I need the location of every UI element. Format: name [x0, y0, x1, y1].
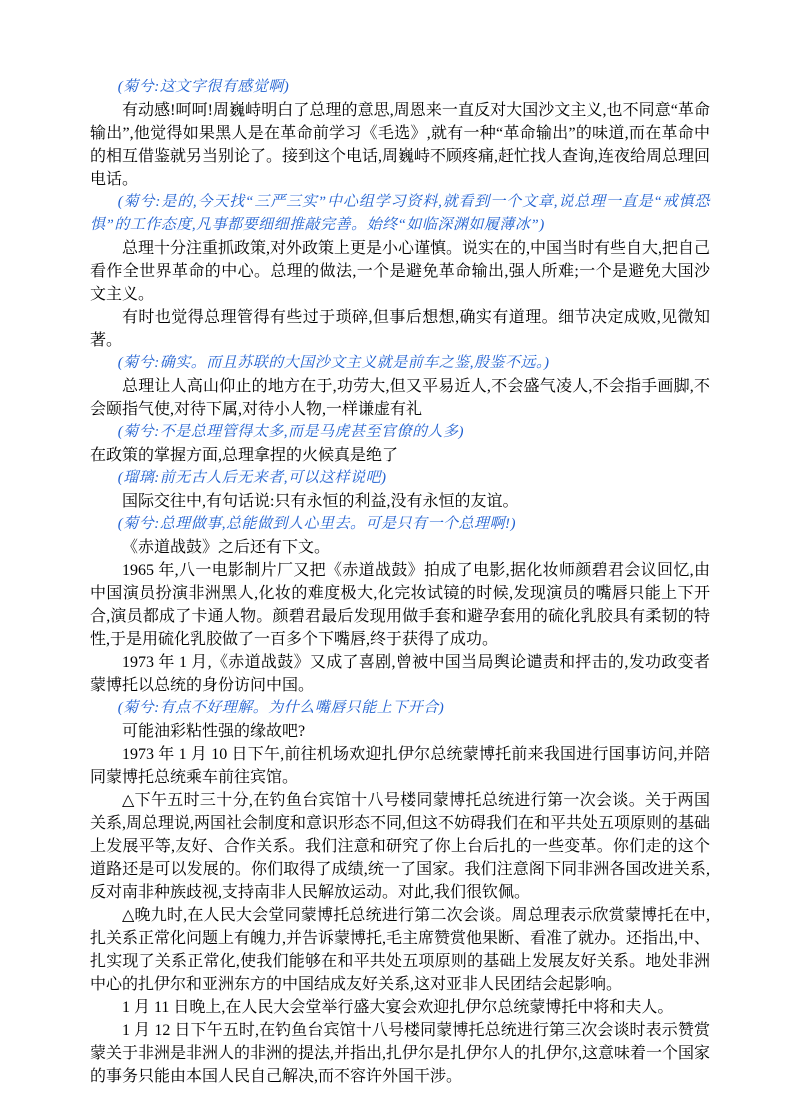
body-paragraph: △晚九时,在人民大会堂同蒙博托总统进行第二次会谈。周总理表示欣赏蒙博托在中,扎关… — [90, 904, 710, 996]
body-paragraph: 1 月 11 日晚上,在人民大会堂举行盛大宴会欢迎扎伊尔总统蒙博托中将和夫人。 — [90, 996, 710, 1019]
body-paragraph: 1965 年,八一电影制片厂又把《赤道战鼓》拍成了电影,据化妆师颜碧君会议回忆,… — [90, 559, 710, 651]
comment-paragraph: (菊兮:不是总理管得太多,而是马虎甚至官僚的人多) — [90, 421, 710, 444]
body-paragraph: 可能油彩粘性强的缘故吧? — [90, 720, 710, 743]
document-content[interactable]: (菊兮:这文字很有感觉啊)有动感!呵呵!周巍峙明白了总理的意思,周恩来一直反对大… — [90, 76, 710, 1088]
comment-paragraph: (菊兮:这文字很有感觉啊) — [90, 76, 710, 99]
comment-paragraph: (菊兮:总理做事,总能做到人心里去。可是只有一个总理啊!) — [90, 513, 710, 536]
body-paragraph: 总理十分注重抓政策,对外政策上更是小心谨慎。说实在的,中国当时有些自大,把自己看… — [90, 237, 710, 306]
body-paragraph: 《赤道战鼓》之后还有下文。 — [90, 536, 710, 559]
document-page: (菊兮:这文字很有感觉啊)有动感!呵呵!周巍峙明白了总理的意思,周恩来一直反对大… — [0, 0, 800, 1100]
comment-paragraph: (菊兮:有点不好理解。为什么嘴唇只能上下开合) — [90, 697, 710, 720]
body-paragraph: 1 月 12 日下午五时,在钓鱼台宾馆十八号楼同蒙博托总统进行第三次会谈时表示赞… — [90, 1019, 710, 1088]
comment-paragraph: (菊兮:确实。而且苏联的大国沙文主义就是前车之鉴,殷鉴不远。) — [90, 352, 710, 375]
comment-paragraph: (瑠璃:前无古人后无来者,可以这样说吧) — [90, 467, 710, 490]
comment-paragraph: (菊兮:是的,今天找“三严三实”中心组学习资料,就看到一个文章,说总理一直是“戒… — [90, 191, 710, 237]
body-paragraph: 1973 年 1 月,《赤道战鼓》又成了喜剧,曾被中国当局舆论谴责和抨击的,发功… — [90, 651, 710, 697]
body-paragraph: 有动感!呵呵!周巍峙明白了总理的意思,周恩来一直反对大国沙文主义,也不同意“革命… — [90, 99, 710, 191]
body-paragraph: 1973 年 1 月 10 日下午,前往机场欢迎扎伊尔总统蒙博托前来我国进行国事… — [90, 743, 710, 789]
body-paragraph: 国际交往中,有句话说:只有永恒的利益,没有永恒的友谊。 — [90, 490, 710, 513]
body-paragraph: 在政策的掌握方面,总理拿捏的火候真是绝了 — [90, 444, 710, 467]
body-paragraph: △下午五时三十分,在钓鱼台宾馆十八号楼同蒙博托总统进行第一次会谈。关于两国关系,… — [90, 789, 710, 904]
body-paragraph: 总理让人高山仰止的地方在于,功劳大,但又平易近人,不会盛气凌人,不会指手画脚,不… — [90, 375, 710, 421]
body-paragraph: 有时也觉得总理管得有些过于琐碎,但事后想想,确实有道理。细节决定成败,见微知著。 — [90, 306, 710, 352]
